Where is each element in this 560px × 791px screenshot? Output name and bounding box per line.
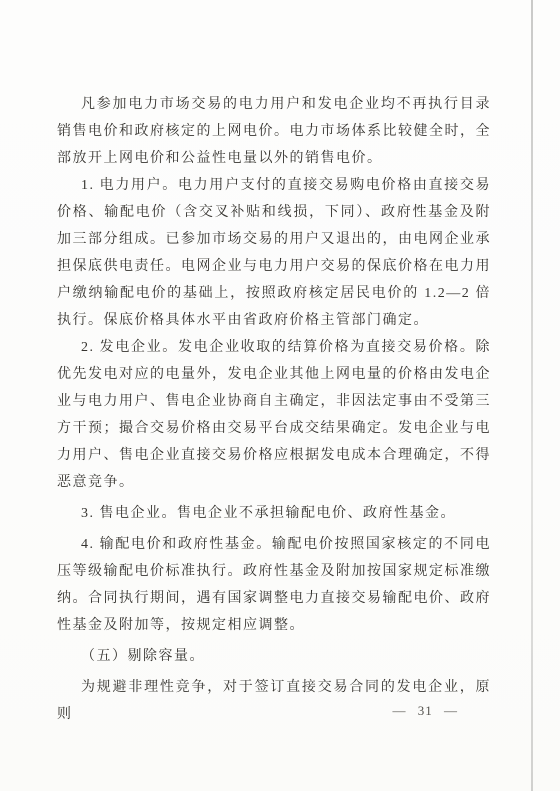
document-text-block: 凡参加电力市场交易的电力用户和发电企业均不再执行目录销售电价和政府核定的上网电价… xyxy=(57,91,491,728)
page-edge-line xyxy=(531,0,533,791)
page-number: — 31 — xyxy=(57,701,458,721)
section-heading-5-capacity-deduction: （五）剔除容量。 xyxy=(57,643,491,670)
paragraph-item-2-generation-companies: 2. 发电企业。发电企业收取的结算价格为直接交易价格。除优先发电对应的电量外，发… xyxy=(57,334,491,496)
paragraph-item-1-power-users: 1. 电力用户。电力用户支付的直接交易购电价格由直接交易价格、输配电价（含交叉补… xyxy=(57,172,491,334)
paragraph-item-3-electricity-retailers: 3. 售电企业。售电企业不承担输配电价、政府性基金。 xyxy=(57,500,491,527)
paragraph-item-4-transmission-price-and-funds: 4. 输配电价和政府性基金。输配电价按照国家核定的不同电压等级输配电价标准执行。… xyxy=(57,531,491,639)
paragraph-intro: 凡参加电力市场交易的电力用户和发电企业均不再执行目录销售电价和政府核定的上网电价… xyxy=(57,91,491,172)
document-page: 凡参加电力市场交易的电力用户和发电企业均不再执行目录销售电价和政府核定的上网电价… xyxy=(0,0,560,791)
